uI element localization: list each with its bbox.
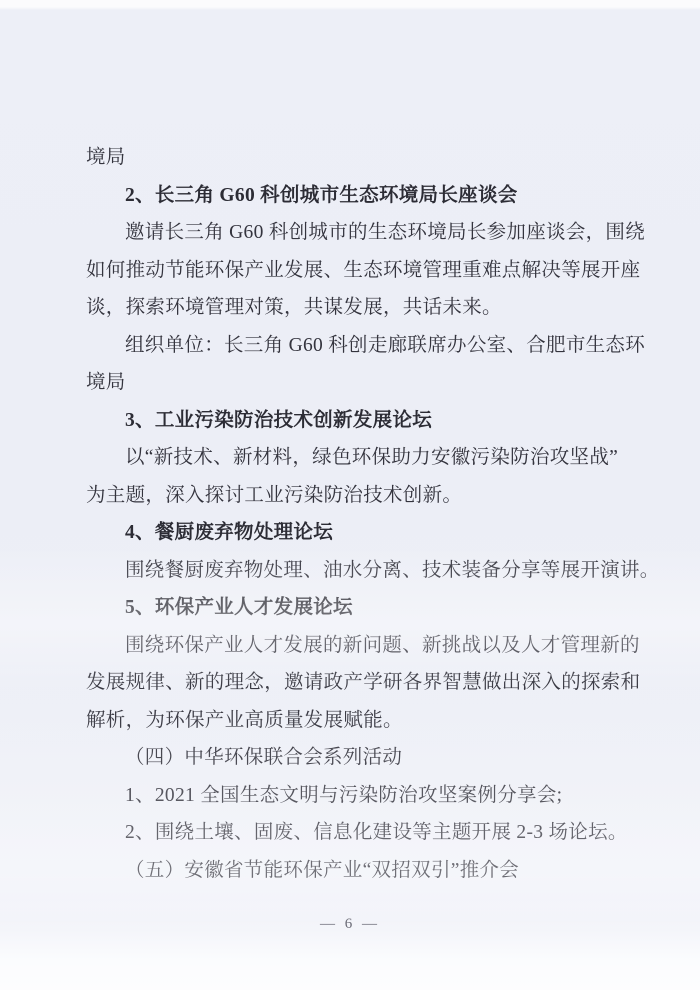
body-line: 以“新技术、新材料，绿色环保助力安徽污染防治攻坚战” — [86, 439, 626, 477]
body-line: 境局 — [86, 139, 626, 177]
body-line: 境局 — [86, 364, 626, 402]
heading-line-forum-4: 4、餐厨废弃物处理论坛 — [86, 514, 626, 552]
list-item-1: 1、2021 全国生态文明与污染防治攻坚案例分享会; — [86, 777, 626, 815]
document-page: 境局 2、长三角 G60 科创城市生态环境局长座谈会 邀请长三角 G60 科创城… — [0, 0, 700, 990]
body-line: 谈，探索环境管理对策，共谋发展，共话未来。 — [86, 289, 626, 327]
page-number: — 6 — — [0, 908, 700, 940]
body-line: 为主题，深入探讨工业污染防治技术创新。 — [86, 477, 626, 515]
body-line: 组织单位：长三角 G60 科创走廊联席办公室、合肥市生态环 — [86, 327, 626, 365]
heading-line-forum-2: 2、长三角 G60 科创城市生态环境局长座谈会 — [86, 177, 626, 215]
body-line: 发展规律、新的理念，邀请政产学研各界智慧做出深入的探索和 — [86, 664, 626, 702]
body-line: 围绕餐厨废弃物处理、油水分离、技术装备分享等展开演讲。 — [86, 552, 626, 590]
body-line: 解析，为环保产业高质量发展赋能。 — [86, 702, 626, 740]
heading-line-forum-3: 3、工业污染防治技术创新发展论坛 — [86, 402, 626, 440]
heading-line-forum-5: 5、环保产业人才发展论坛 — [86, 589, 626, 627]
section-line-5: （五）安徽省节能环保产业“双招双引”推介会 — [86, 852, 626, 890]
body-line: 围绕环保产业人才发展的新问题、新挑战以及人才管理新的 — [86, 627, 626, 665]
body-line: 邀请长三角 G60 科创城市的生态环境局长参加座谈会，围绕 — [86, 214, 626, 252]
section-line-4: （四）中华环保联合会系列活动 — [86, 739, 626, 777]
list-item-2: 2、围绕土壤、固废、信息化建设等主题开展 2-3 场论坛。 — [86, 814, 626, 852]
document-text-block: 境局 2、长三角 G60 科创城市生态环境局长座谈会 邀请长三角 G60 科创城… — [86, 139, 626, 889]
body-line: 如何推动节能环保产业发展、生态环境管理重难点解决等展开座 — [86, 252, 626, 290]
